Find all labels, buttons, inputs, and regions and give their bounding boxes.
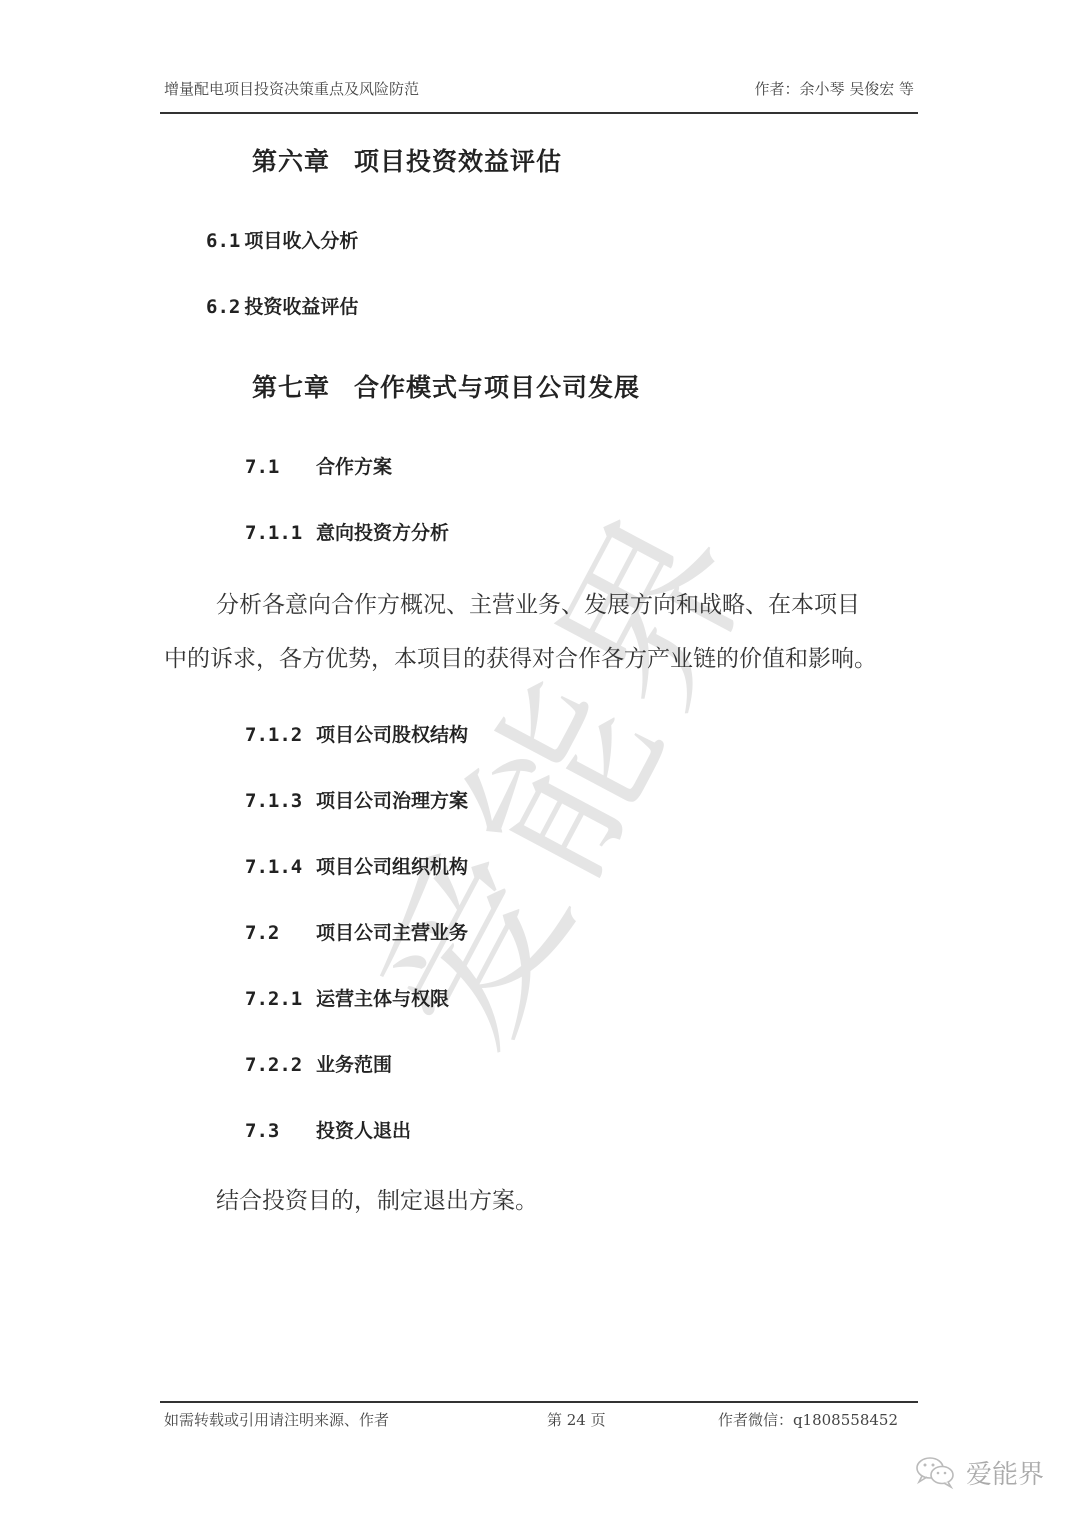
section-6-1-heading: 6.1项目收入分析 [206, 226, 358, 253]
section-7-2-1-heading: 7.2.1运营主体与权限 [245, 984, 449, 1011]
section-7-2-2-heading: 7.2.2业务范围 [245, 1050, 392, 1077]
section-7-2-heading: 7.2项目公司主营业务 [245, 918, 468, 945]
authors: 作者：余小琴 吴俊宏 等 [754, 78, 914, 99]
chapter-7-heading: 第七章合作模式与项目公司发展 [252, 368, 640, 404]
section-6-2-heading: 6.2投资收益评估 [206, 292, 358, 319]
chapter-6-heading: 第六章项目投资效益评估 [252, 142, 562, 178]
paragraph-investor-analysis: 分析各意向合作方概况、主营业务、发展方向和战略、在本项目 中的诉求，各方优势，本… [164, 578, 924, 686]
section-7-3-heading: 7.3投资人退出 [245, 1116, 411, 1143]
brand-badge: 爱能界 [914, 1452, 1044, 1492]
page-header: 增量配电项目投资决策重点及风险防范 作者：余小琴 吴俊宏 等 [160, 72, 918, 114]
page-footer: 如需转载或引用请注明来源、作者 第 24 页 作者微信：q1808558452 [160, 1401, 918, 1437]
brand-name: 爱能界 [966, 1454, 1044, 1491]
section-7-1-2-heading: 7.1.2项目公司股权结构 [245, 720, 468, 747]
document-title: 增量配电项目投资决策重点及风险防范 [164, 78, 419, 99]
section-7-1-4-heading: 7.1.4项目公司组织机构 [245, 852, 468, 879]
copyright-notice: 如需转载或引用请注明来源、作者 [164, 1409, 389, 1430]
author-contact: 作者微信：q1808558452 [718, 1409, 898, 1430]
page-number: 第 24 页 [547, 1409, 606, 1430]
section-7-1-heading: 7.1合作方案 [245, 452, 392, 479]
section-7-1-1-heading: 7.1.1意向投资方分析 [245, 518, 449, 545]
wechat-icon [914, 1454, 958, 1490]
paragraph-exit-plan: 结合投资目的，制定退出方案。 [216, 1174, 976, 1228]
section-7-1-3-heading: 7.1.3项目公司治理方案 [245, 786, 468, 813]
